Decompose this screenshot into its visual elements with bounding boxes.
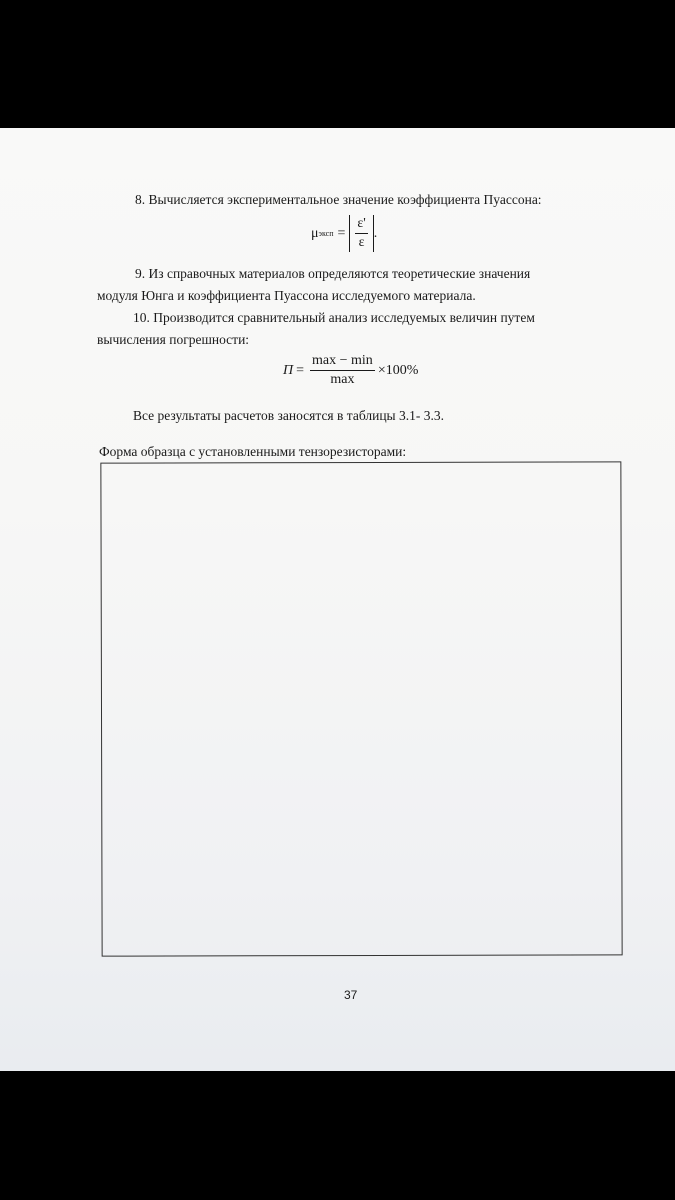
equals-sign: = [296,363,304,379]
item-8-text: 8. Вычисляется экспериментальное значени… [135,192,542,208]
item-9-line-2: модуля Юнга и коэффициента Пуассона иссл… [97,288,476,304]
absolute-value: ε' ε [349,215,373,252]
period: . [374,226,378,242]
multiplier: ×100% [378,363,419,379]
mu-symbol: μ [311,226,319,242]
page-number: 37 [344,988,357,1002]
item-10-line-2: вычисления погрешности: [97,332,249,348]
numerator: max − min [310,353,375,371]
document-page: 8. Вычисляется экспериментальное значени… [0,128,675,1071]
poisson-formula: μэксп = ε' ε . [311,215,377,252]
equals-sign: = [337,226,345,242]
fraction: ε' ε [355,216,367,251]
error-symbol: П [283,363,293,379]
item-9-line-1: 9. Из справочных материалов определяются… [135,266,530,282]
specimen-drawing-box [100,461,622,956]
mu-subscript: эксп [319,229,334,238]
item-10-line-1: 10. Производится сравнительный анализ ис… [133,310,535,326]
numerator: ε' [355,216,367,234]
fraction: max − min max [310,353,375,388]
denominator: max [330,371,354,388]
results-note: Все результаты расчетов заносятся в табл… [133,408,444,424]
box-caption: Форма образца с установленными тензорези… [99,444,406,460]
error-formula: П = max − min max ×100% [283,353,418,388]
denominator: ε [359,234,365,251]
